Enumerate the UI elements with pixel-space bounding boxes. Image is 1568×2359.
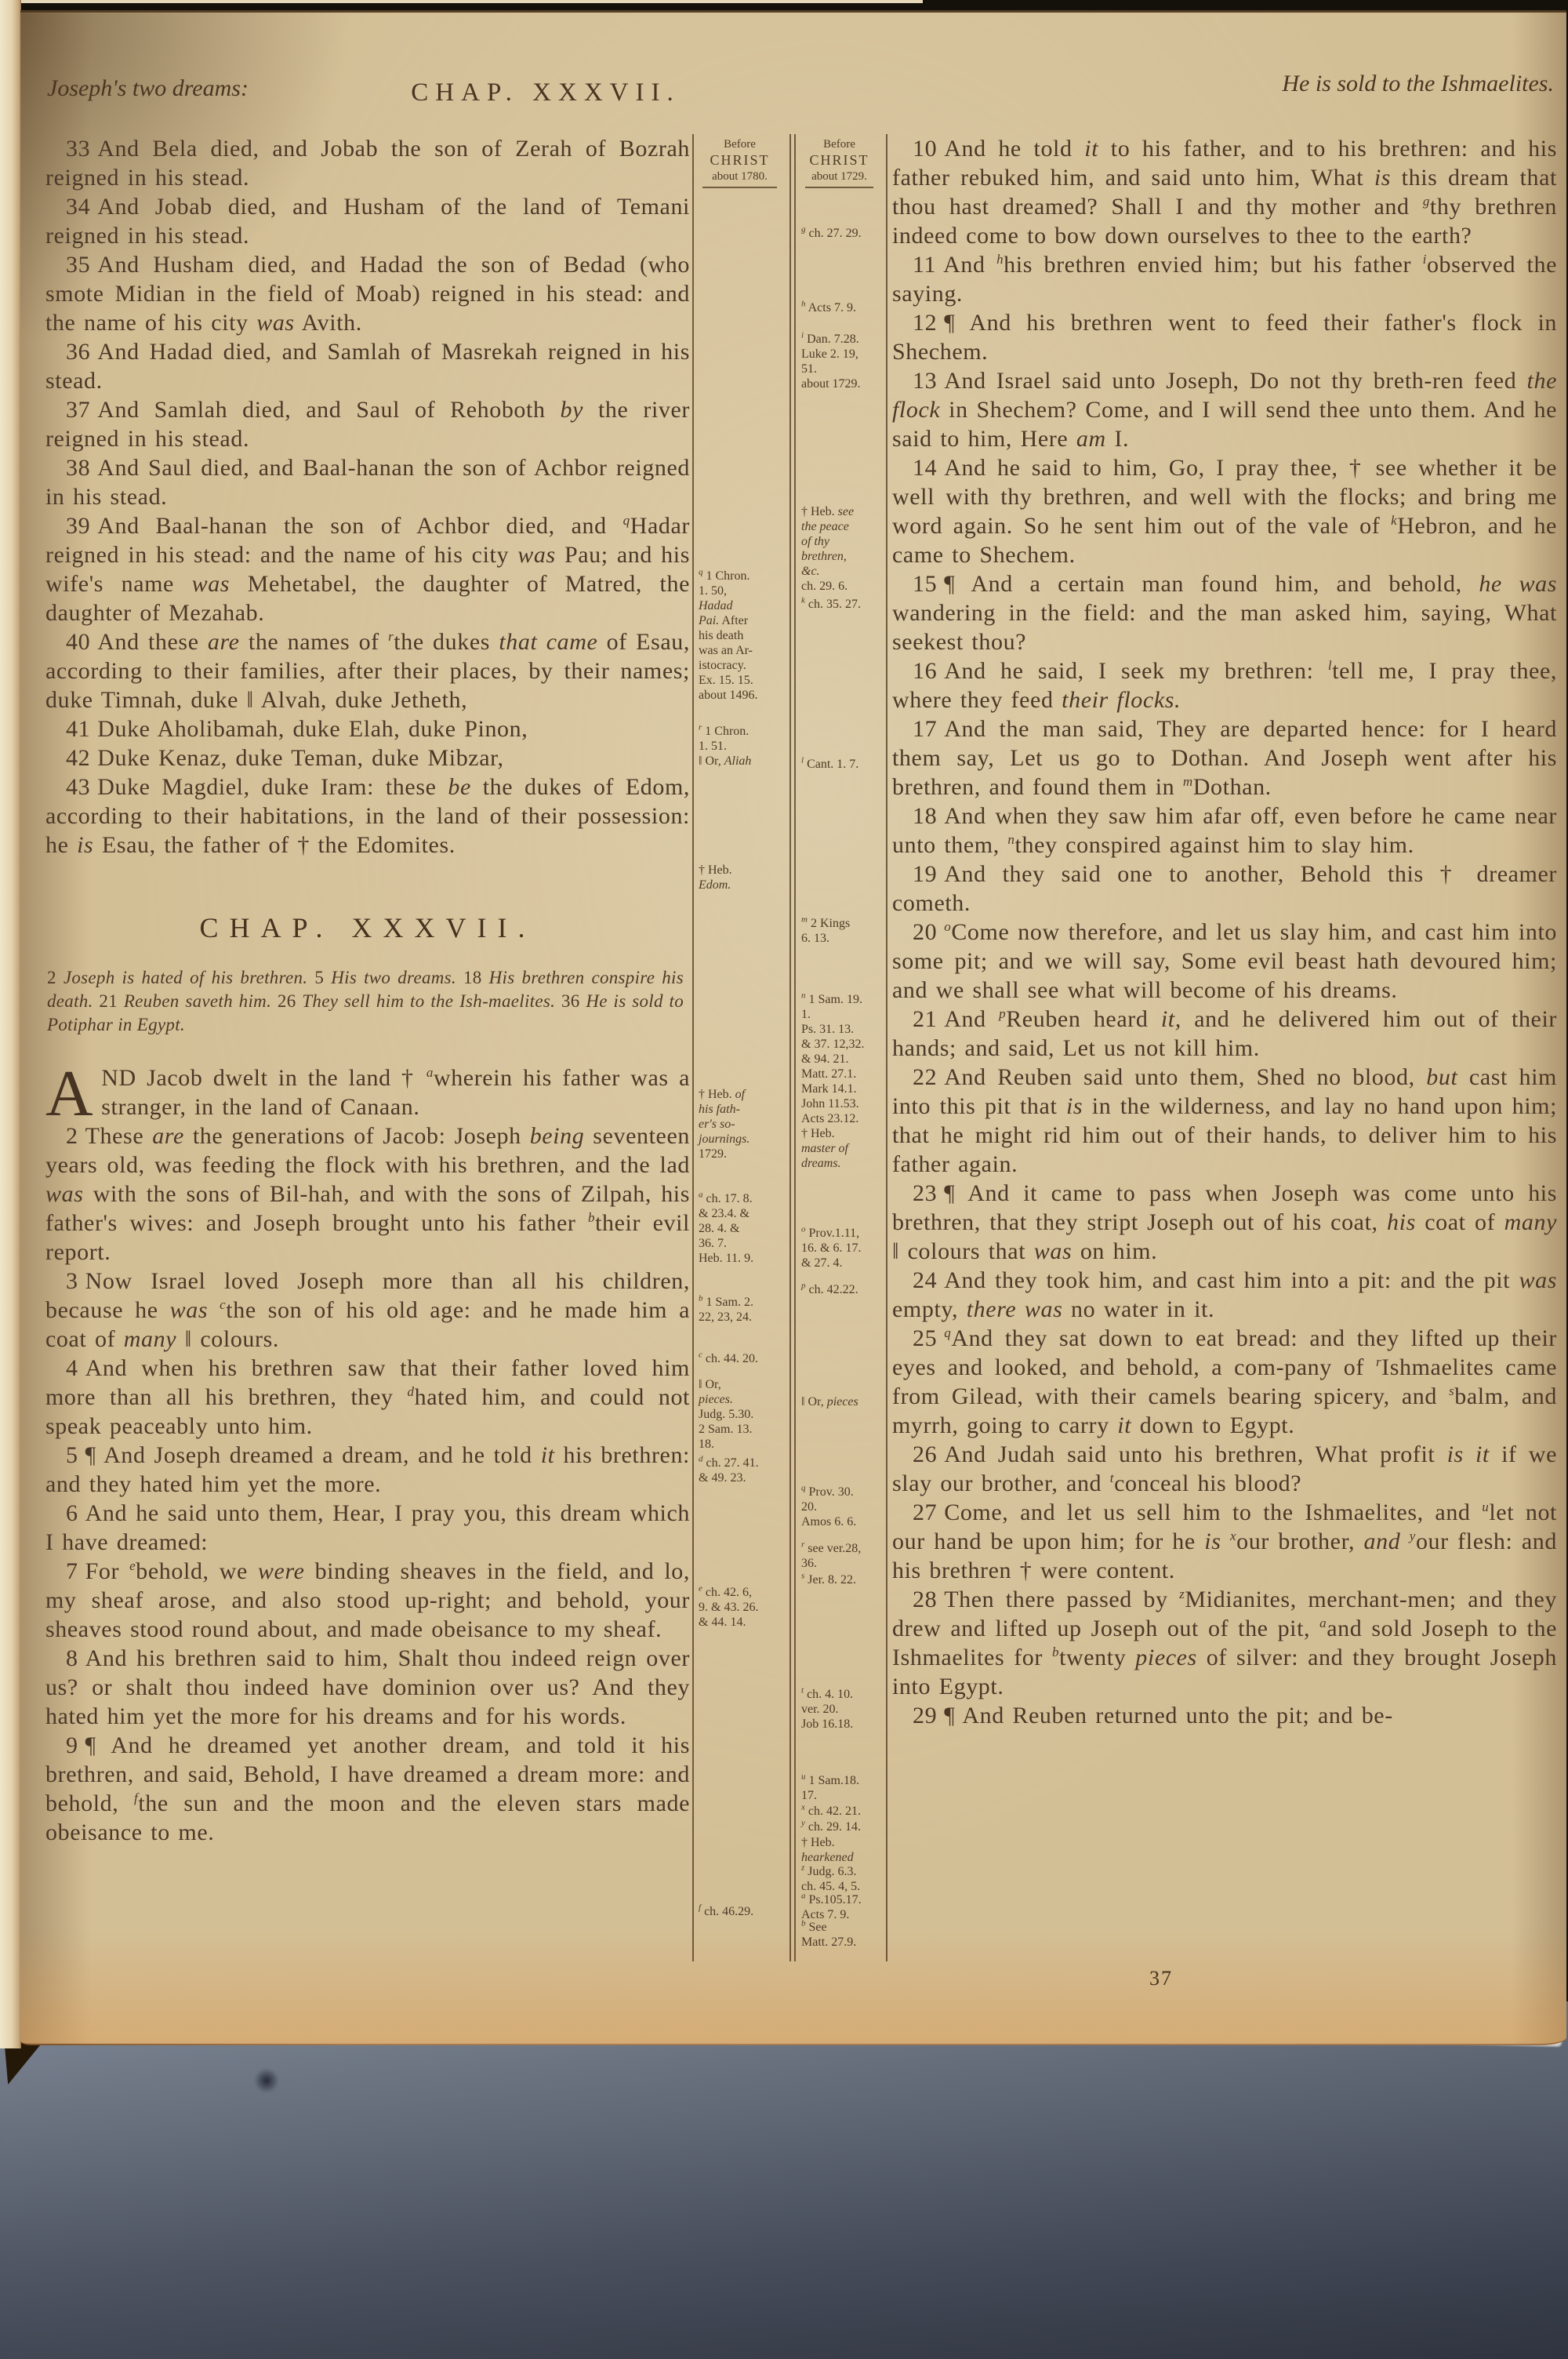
margin-note: ‖ Or, pieces (801, 1394, 884, 1409)
column-rule (794, 134, 796, 1961)
verse: 16And he said, I seek my brethren: ltell… (892, 656, 1557, 714)
verse-number: 4 (66, 1355, 78, 1381)
verse-number: 16 (913, 658, 937, 684)
drop-cap: A (45, 1063, 101, 1120)
margin-note: † Heb.hearkened (801, 1835, 884, 1865)
verse: 12¶ And his brethren went to feed their … (892, 308, 1557, 366)
verse: 11And hhis brethren envied him; but his … (892, 250, 1557, 308)
verse: 4And when his brethren saw that their fa… (45, 1354, 690, 1441)
verse-number: 27 (913, 1499, 937, 1525)
verse: 28Then there passed by zMidianites, merc… (892, 1585, 1557, 1701)
verse: 15¶ And a certain man found him, and beh… (892, 569, 1557, 656)
margin-notes-column-left: Before CHRIST about 1780. q 1 Chron.1. 5… (695, 13, 788, 2044)
verse: 3Now Israel loved Joseph more than all h… (45, 1267, 690, 1354)
desk-blotch (255, 2067, 278, 2094)
margin-note: t ch. 4. 10.ver. 20.Job 16.18. (801, 1687, 884, 1732)
verse: 33And Bela died, and Jobab the son of Ze… (45, 134, 690, 192)
margin-note: † Heb.Edom. (699, 863, 788, 892)
before-label: Before (695, 138, 785, 151)
verse: 7For ebehold, we were binding sheaves in… (45, 1557, 690, 1644)
desk-surface (0, 2001, 1568, 2359)
verse-number: 17 (913, 716, 937, 742)
margin-note: q 1 Chron.1. 50,HadadPai. Afterhis death… (699, 569, 788, 703)
margin-note: ‖ Or,pieces.Judg. 5.30.2 Sam. 13.18. (699, 1377, 788, 1452)
verse: 24And they took him, and cast him into a… (892, 1266, 1557, 1324)
chapter-summary: 2 Joseph is hated of his brethren. 5 His… (45, 966, 690, 1037)
margin-note: q Prov. 30.20.Amos 6. 6. (801, 1485, 884, 1529)
verse: 19And they said one to another, Behold t… (892, 860, 1557, 918)
verse: 6And he said unto them, Hear, I pray you… (45, 1499, 690, 1557)
margin-note: b SeeMatt. 27.9. (801, 1920, 884, 1950)
margin-note: n 1 Sam. 19.1.Ps. 31. 13.& 37. 12,32.& 9… (801, 992, 884, 1171)
verse-number: 37 (66, 397, 90, 423)
header-rule (805, 187, 874, 188)
margin-note: d ch. 27. 41.& 49. 23. (699, 1456, 788, 1485)
verse: 39And Baal-hanan the son of Achbor died,… (45, 511, 690, 627)
verse: 14And he said to him, Go, I pray thee, †… (892, 453, 1557, 569)
verse-number: 6 (66, 1500, 78, 1526)
verse-number: 23 (913, 1180, 937, 1206)
verse-number: 39 (66, 513, 90, 539)
before-christ-header-right: Before CHRIST about 1729. (797, 138, 881, 188)
left-text-column: 33And Bela died, and Jobab the son of Ze… (45, 134, 690, 1847)
verse: 41Duke Aholibamah, duke Elah, duke Pinon… (45, 714, 690, 743)
verse: 23¶ And it came to pass when Joseph was … (892, 1179, 1557, 1266)
verse-number: 7 (66, 1558, 78, 1584)
top-page-edge (21, 0, 923, 3)
verse: 13And Israel said unto Joseph, Do not th… (892, 366, 1557, 453)
column-rule (886, 134, 887, 1961)
margin-note: s Jer. 8. 22. (801, 1572, 884, 1587)
margin-note: a Ps.105.17.Acts 7. 9. (801, 1892, 884, 1922)
verse-number: 14 (913, 455, 937, 481)
verse-number: 15 (913, 571, 937, 597)
verse: 9¶ And he dreamed yet another dream, and… (45, 1731, 690, 1847)
verse-number: 10 (913, 136, 937, 162)
running-head-center: CHAP. XXXVII. (350, 78, 742, 107)
margin-note: e ch. 42. 6,9. & 43. 26.& 44. 14. (699, 1585, 788, 1630)
margin-note: p ch. 42.22. (801, 1282, 884, 1297)
header-rule (702, 187, 776, 188)
verse: AND Jacob dwelt in the land † awherein h… (45, 1063, 690, 1121)
margin-note: f ch. 46.29. (699, 1904, 788, 1919)
page-number: 37 (1149, 1967, 1173, 1990)
verse-number: 24 (913, 1267, 937, 1293)
verse: 20oCome now therefore, and let us slay h… (892, 918, 1557, 1005)
verse: 10And he told it to his father, and to h… (892, 134, 1557, 250)
margin-notes-column-right: Before CHRIST about 1729. g ch. 27. 29.h… (797, 13, 884, 2044)
margin-note: h Acts 7. 9. (801, 300, 884, 315)
margin-note: g ch. 27. 29. (801, 226, 884, 241)
verse-number: 2 (66, 1123, 78, 1149)
verse: 42Duke Kenaz, duke Teman, duke Mibzar, (45, 743, 690, 772)
date-label: about 1780. (695, 169, 785, 184)
chapter-heading: CHAP. XXXVII. (45, 911, 690, 944)
verse-number: 36 (66, 339, 90, 365)
verse: 36And Hadad died, and Samlah of Masrekah… (45, 337, 690, 395)
running-head-right: He is sold to the Ishmaelites. (1282, 71, 1554, 97)
verse-number: 21 (913, 1006, 937, 1032)
margin-note: m 2 Kings6. 13. (801, 916, 884, 946)
christ-label: CHRIST (797, 151, 881, 169)
verse-number: 22 (913, 1064, 937, 1090)
verse-number: 35 (66, 252, 90, 278)
verse: 43Duke Magdiel, duke Iram: these be the … (45, 772, 690, 860)
verse: 29¶ And Reuben returned unto the pit; an… (892, 1701, 1557, 1730)
margin-note: k ch. 35. 27. (801, 597, 884, 612)
verse: 26And Judah said unto his brethren, What… (892, 1440, 1557, 1498)
book-page: Joseph's two dreams: CHAP. XXXVII. He is… (20, 10, 1566, 2045)
verse: 34And Jobab died, and Husham of the land… (45, 192, 690, 250)
margin-note: r see ver.28,36. (801, 1541, 884, 1571)
christ-label: CHRIST (695, 151, 785, 169)
verse-number: 19 (913, 861, 937, 887)
page-stack-edge (0, 0, 21, 2048)
verse-number: 12 (913, 310, 937, 336)
verse-number: 40 (66, 629, 90, 655)
verse: 35And Husham died, and Hadad the son of … (45, 250, 690, 337)
date-label: about 1729. (797, 169, 881, 184)
verse: 8And his brethren said to him, Shalt tho… (45, 1644, 690, 1731)
verse-number: 25 (913, 1325, 937, 1351)
verse: 38And Saul died, and Baal-hanan the son … (45, 453, 690, 511)
verse-number: 20 (913, 919, 937, 945)
verse-number: 38 (66, 455, 90, 481)
before-label: Before (797, 138, 881, 151)
verse-number: 13 (913, 368, 937, 394)
verse-number: 33 (66, 136, 90, 162)
verse-number: 18 (913, 803, 937, 829)
verse: 22And Reuben said unto them, Shed no blo… (892, 1063, 1557, 1179)
margin-note: b 1 Sam. 2.22, 23, 24. (699, 1295, 788, 1325)
verse: 5¶ And Joseph dreamed a dream, and he to… (45, 1441, 690, 1499)
verse-number: 8 (66, 1645, 78, 1671)
verse-number: 41 (66, 716, 90, 742)
verse-number: 34 (66, 194, 90, 220)
verse: 27Come, and let us sell him to the Ishma… (892, 1498, 1557, 1585)
margin-note: o Prov.1.11,16. & 6. 17.& 27. 4. (801, 1226, 884, 1270)
verse: 40And these are the names of rthe dukes … (45, 627, 690, 714)
margin-note: z Judg. 6.3.ch. 45. 4, 5. (801, 1864, 884, 1894)
before-christ-header-left: Before CHRIST about 1780. (695, 138, 785, 188)
verse: 21And pReuben heard it, and he delivered… (892, 1005, 1557, 1063)
verse: 25qAnd they sat down to eat bread: and t… (892, 1324, 1557, 1440)
verse-number: 28 (913, 1587, 937, 1612)
margin-note: ‖ Or, Aliah (699, 754, 788, 769)
verse-number: 26 (913, 1441, 937, 1467)
margin-note: u 1 Sam.18.17. (801, 1773, 884, 1803)
margin-note: i Dan. 7.28.Luke 2. 19,51.about 1729. (801, 332, 884, 391)
column-rule (789, 134, 791, 1961)
verse-number: 3 (66, 1268, 78, 1294)
column-rule (692, 134, 694, 1961)
running-head-left: Joseph's two dreams: (47, 75, 249, 102)
margin-note: l Cant. 1. 7. (801, 757, 884, 772)
verse: 2These are the generations of Jacob: Jos… (45, 1121, 690, 1267)
margin-note: x ch. 42. 21. (801, 1804, 884, 1819)
verse-number: 43 (66, 774, 90, 800)
verse-number: 29 (913, 1703, 937, 1728)
verse-number: 42 (66, 745, 90, 771)
verse: 37And Samlah died, and Saul of Rehoboth … (45, 395, 690, 453)
margin-note: c ch. 44. 20. (699, 1351, 788, 1366)
verse-number: 5 (66, 1442, 78, 1468)
verse: 18And when they saw him afar off, even b… (892, 801, 1557, 860)
right-text-column: 10And he told it to his father, and to h… (892, 134, 1557, 1730)
verse: 17And the man said, They are departed he… (892, 714, 1557, 801)
margin-note: a ch. 17. 8.& 23.4. &28. 4. &36. 7.Heb. … (699, 1191, 788, 1266)
margin-note: † Heb. ofhis fath-er's so-journings.1729… (699, 1087, 788, 1161)
margin-note: y ch. 29. 14. (801, 1819, 884, 1834)
verse-number: 11 (913, 252, 936, 278)
margin-note: † Heb. seethe peaceof thybrethren,&c.ch.… (801, 504, 884, 594)
verse-number: 9 (66, 1732, 78, 1758)
margin-note: r 1 Chron.1. 51. (699, 724, 788, 754)
